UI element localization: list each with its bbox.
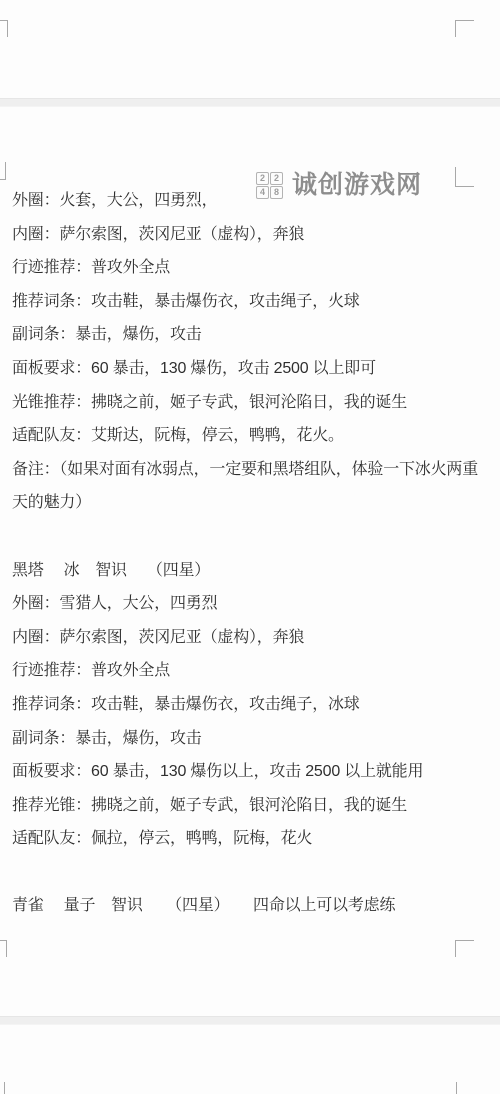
doc-line: 面板要求：60 暴击，130 爆伤以上，攻击 2500 以上就能用	[12, 755, 474, 789]
next-page-top-right-corner-mark	[456, 1082, 458, 1094]
doc-line: 内圈：萨尔索图，茨冈尼亚（虚构），奔狼	[12, 621, 474, 655]
doc-line: 副词条：暴击，爆伤，攻击	[12, 722, 474, 756]
doc-line: 备注：（如果对面有冰弱点，一定要和黑塔组队，体验一下冰火两重	[12, 453, 474, 487]
doc-line: 推荐光锥：拂晓之前，姬子专武，银河沦陷日，我的诞生	[12, 789, 474, 823]
document-viewer: 2 2 4 8 诚创游戏网 外圈：火套，大公，四勇烈， 内圈：萨尔索图，茨冈尼亚…	[0, 0, 500, 1094]
page-bottom-right-corner-mark	[455, 940, 474, 957]
document-text: 外圈：火套，大公，四勇烈， 内圈：萨尔索图，茨冈尼亚（虚构），奔狼 行迹推荐：普…	[12, 184, 474, 923]
doc-line: 副词条：暴击，爆伤，攻击	[12, 318, 474, 352]
section-header-herta: 黑塔 冰 智识 （四星）	[12, 554, 474, 588]
doc-line: 光锥推荐：拂晓之前，姬子专武，银河沦陷日，我的诞生	[12, 386, 474, 420]
doc-line-blank	[12, 520, 474, 554]
page-bottom-left-corner-mark	[0, 940, 7, 957]
doc-line: 推荐词条：攻击鞋，暴击爆伤衣，攻击绳子，冰球	[12, 688, 474, 722]
doc-line: 推荐词条：攻击鞋，暴击爆伤衣，攻击绳子，火球	[12, 285, 474, 319]
doc-line: 内圈：萨尔索图，茨冈尼亚（虚构），奔狼	[12, 218, 474, 252]
doc-line-blank	[12, 856, 474, 890]
page-gap-bottom	[0, 1016, 500, 1025]
prev-page-bottom-right-corner-mark	[455, 20, 474, 37]
doc-line: 外圈：火套，大公，四勇烈，	[12, 184, 474, 218]
doc-line: 面板要求：60 暴击，130 爆伤，攻击 2500 以上即可	[12, 352, 474, 386]
doc-line: 适配队友：艾斯达，阮梅，停云，鸭鸭，花火。	[12, 419, 474, 453]
doc-line: 外圈：雪猎人，大公，四勇烈	[12, 587, 474, 621]
doc-line: 行迹推荐：普攻外全点	[12, 654, 474, 688]
doc-line: 天的魅力）	[12, 486, 474, 520]
next-page-top-left-corner-mark	[0, 1082, 5, 1094]
doc-line: 适配队友：佩拉，停云，鸭鸭，阮梅，花火	[12, 822, 474, 856]
prev-page-bottom-left-corner-mark	[0, 20, 8, 37]
section-header-qingque: 青雀 量子 智识 （四星） 四命以上可以考虑练	[12, 889, 474, 923]
doc-line: 行迹推荐：普攻外全点	[12, 251, 474, 285]
page-top-left-corner-mark	[0, 162, 6, 180]
page-gap-top	[0, 98, 500, 107]
